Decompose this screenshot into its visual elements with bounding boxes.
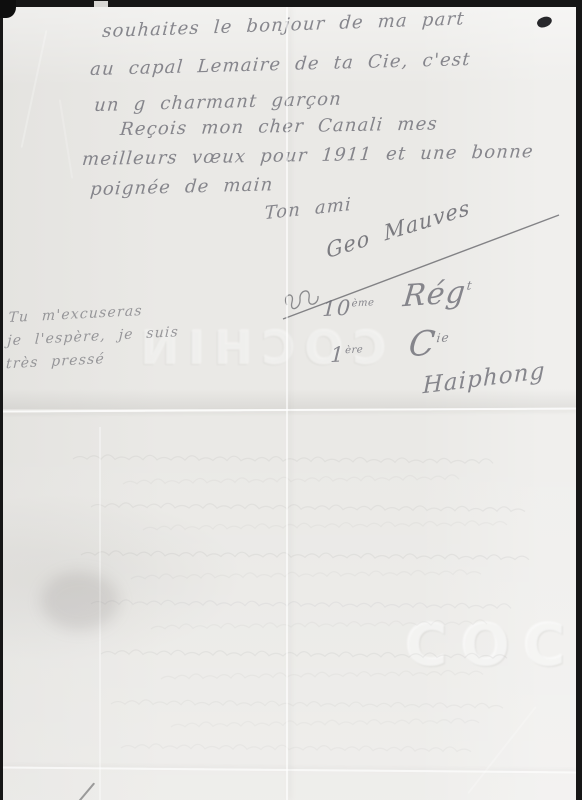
paper-crease-mark [59, 99, 73, 178]
company-ordinal: ère [345, 344, 364, 356]
letter-line-2: au capal Lemaire de ta Cie, c'est [89, 49, 471, 80]
company-number-value: 1 [330, 342, 346, 367]
letter-line-1: souhaites le bonjour de ma part [102, 8, 466, 42]
company-word: Cie [407, 322, 452, 365]
margin-note: Tu m'excuseras je l'espère, je suis très… [5, 298, 180, 376]
scanned-letter-page: { "meta": { "kind": "handwritten-letter-… [0, 0, 582, 800]
smudge [41, 572, 119, 630]
company-word-sup: ie [436, 330, 451, 345]
paper-crease-mark [21, 30, 48, 148]
company-word-value: C [407, 323, 438, 365]
pencil-mark [77, 782, 95, 800]
letter-paper: COCHIN COCHIN souhaites le bonjour de ma… [3, 7, 576, 800]
letter-line-4: Reçois mon cher Canali mes [119, 113, 439, 140]
fold-shadow [3, 389, 576, 409]
scanner-edge-notch [94, 1, 108, 7]
vertical-fold-crease [286, 7, 288, 800]
company-number: 1ère [330, 341, 364, 367]
regiment-word: Régt [401, 274, 474, 314]
regiment-number: 10ème [322, 294, 375, 321]
letter-line-3: un g charmant garçon [93, 89, 342, 117]
regiment-number-value: 10 [322, 295, 352, 321]
regiment-ordinal: ème [351, 297, 374, 309]
ink-blot [536, 14, 554, 29]
regiment-word-value: Rég [401, 275, 468, 315]
letter-line-5: meilleurs vœux pour 1911 et une bonne [81, 141, 535, 170]
letter-line-6: poignée de main [89, 174, 274, 200]
